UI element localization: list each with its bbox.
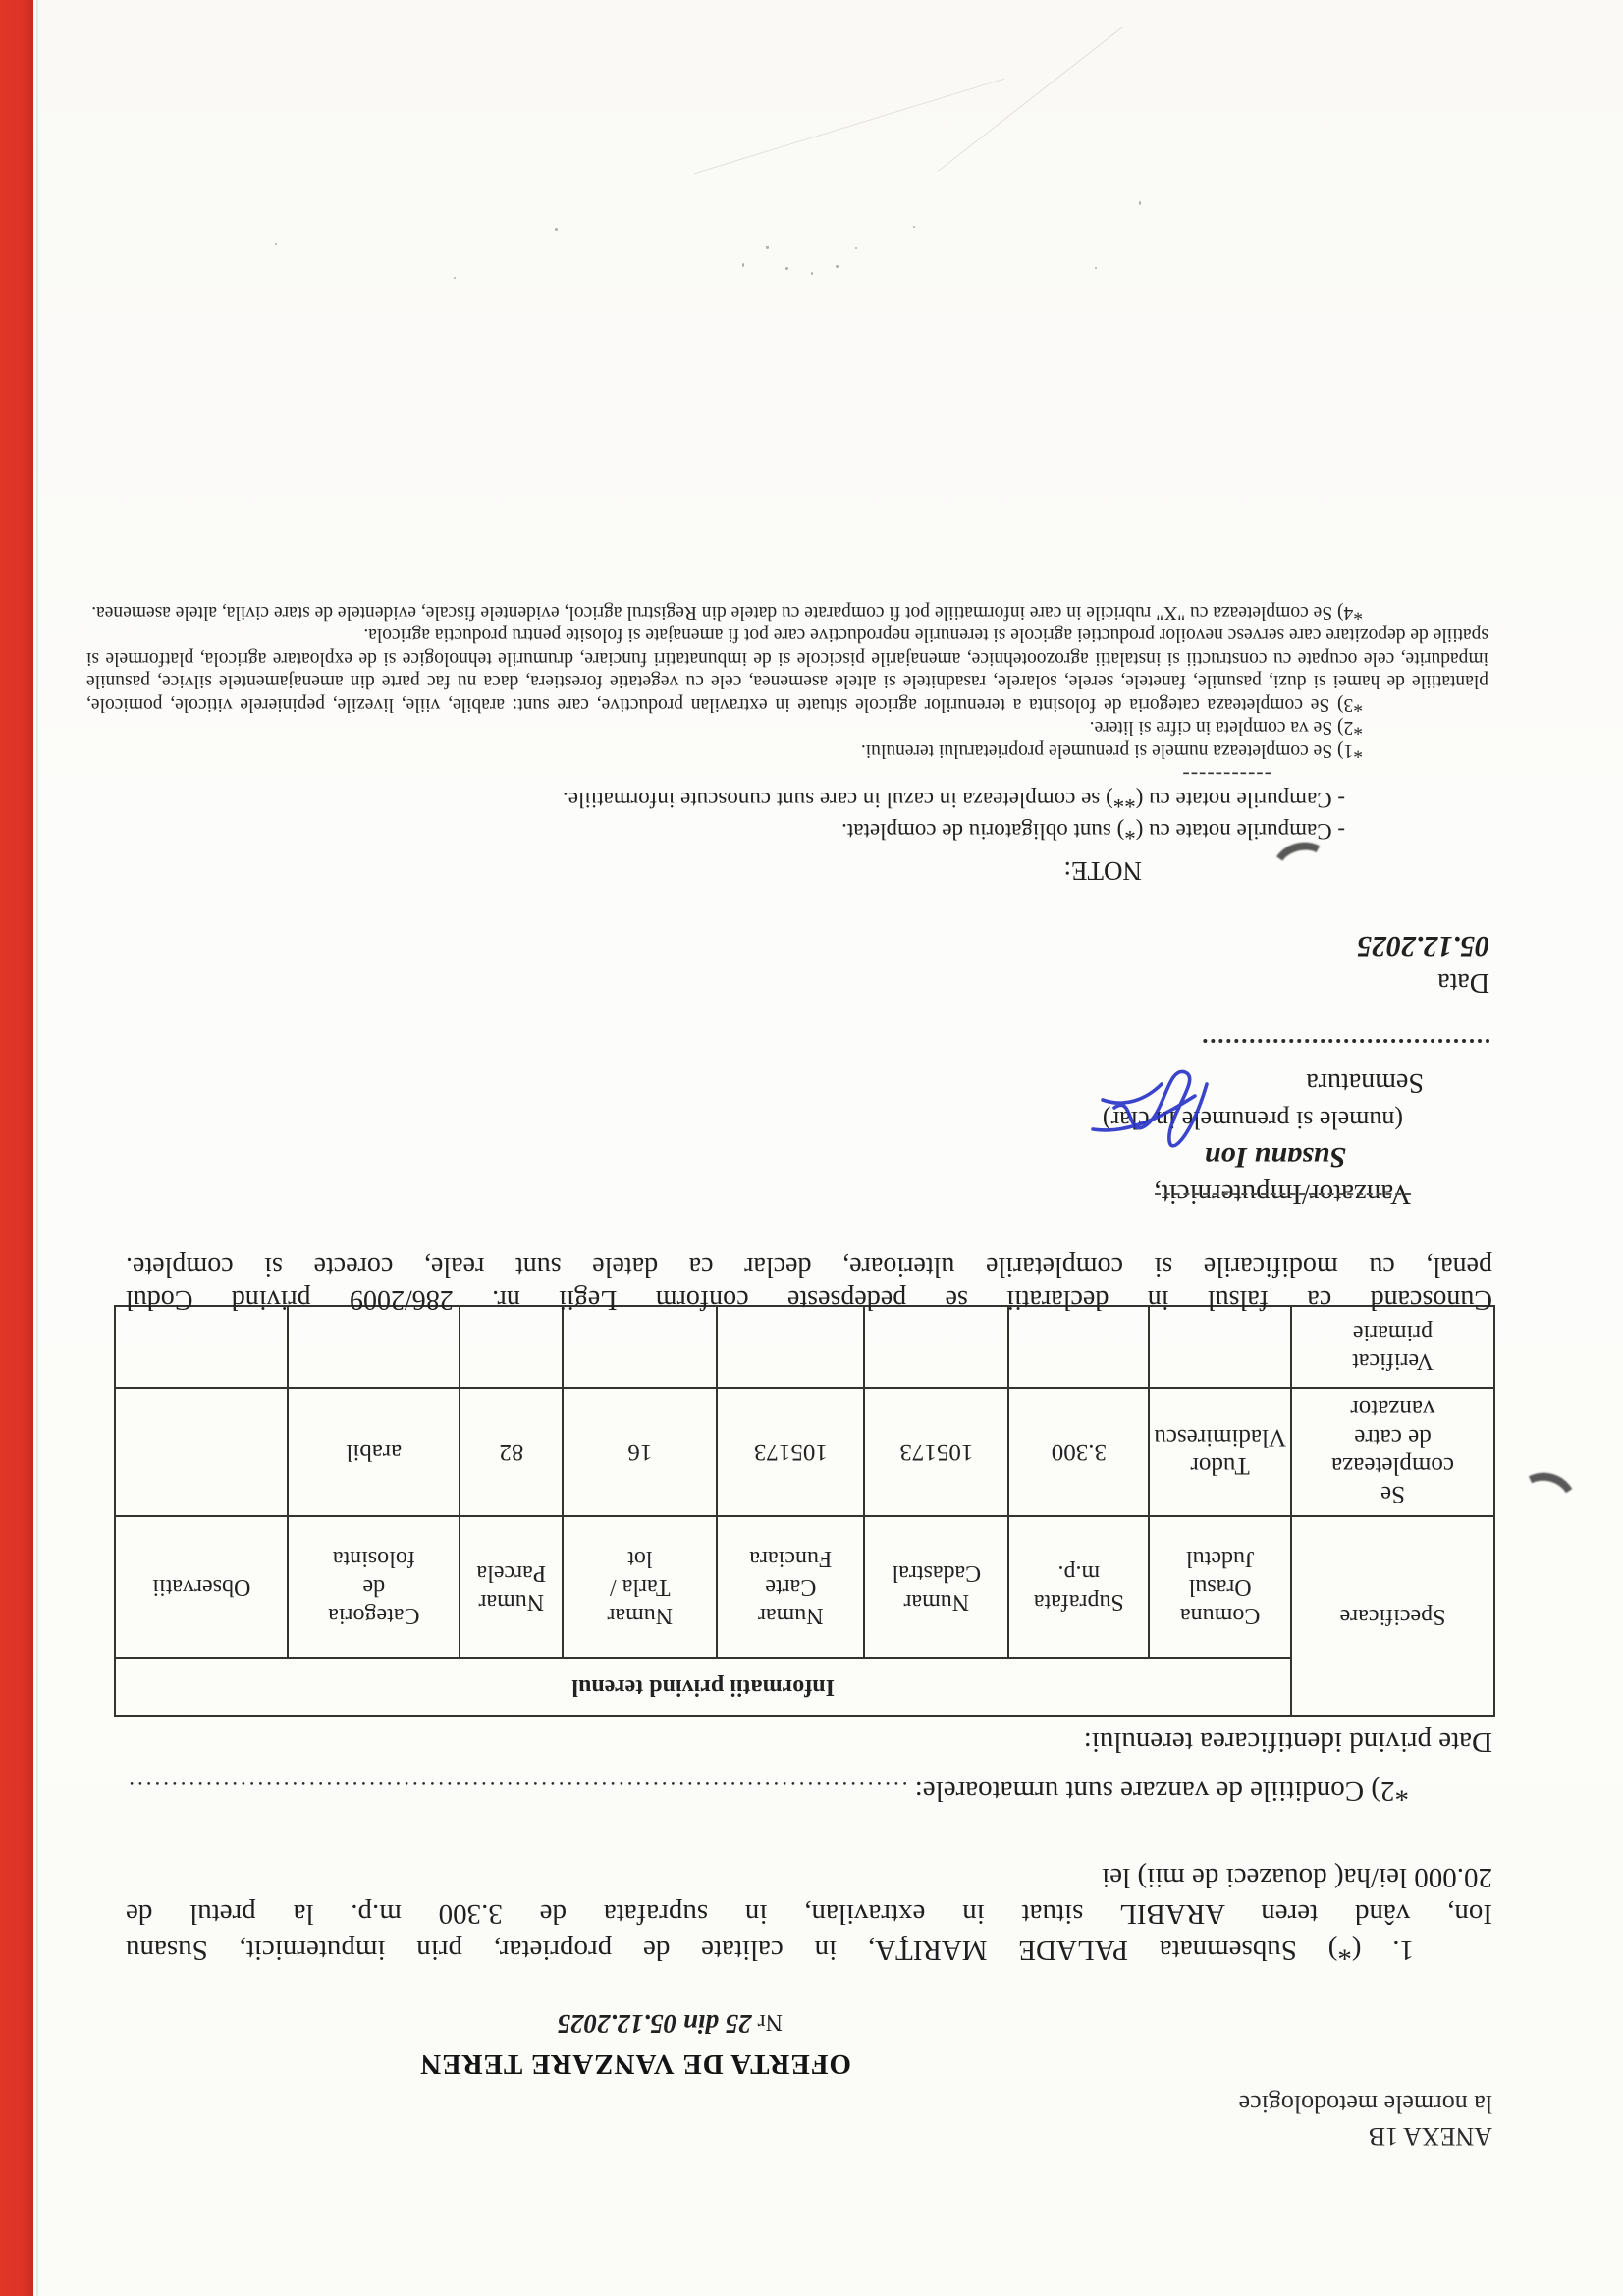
- cell-area: 3.300: [1008, 1388, 1149, 1516]
- offer-paragraph: 1. (*) Subsemnata PALADE MARIŢA, in cali…: [126, 1859, 1492, 1968]
- number-value: 25 din 05.12.2025: [558, 2009, 752, 2039]
- note-mandatory-fields: - Campurile notate cu (*) sunt obligator…: [563, 815, 1345, 847]
- cell-parcel: 82: [460, 1388, 563, 1516]
- footnote-3: *3) Se completeaza categoria de folosint…: [86, 624, 1488, 716]
- page-edge-line: [36, 0, 38, 2296]
- note-optional-fields: - Campurile notate cu (**) se completeaz…: [563, 784, 1345, 815]
- col-carte-funciara: Numar Carte Funciara: [717, 1516, 864, 1658]
- signature-dotted-line: [1203, 1039, 1489, 1063]
- verified-cell: [1008, 1306, 1149, 1388]
- annex-number: ANEXA 1B: [1239, 2120, 1492, 2153]
- number-prefix: Nr: [758, 2009, 783, 2035]
- dust-speck: [913, 226, 915, 228]
- verified-cell: [563, 1306, 717, 1388]
- table-merged-header: Informatii privind terenul: [115, 1658, 1291, 1716]
- dust-speck: [1139, 201, 1141, 205]
- col-suprafata: Suprafata m.p.: [1008, 1516, 1149, 1658]
- cell-observations: [115, 1388, 288, 1516]
- dust-speck: [855, 247, 857, 249]
- red-edge-strip: [0, 0, 33, 2296]
- dust-speck: [766, 246, 769, 249]
- dust-speck: [1095, 267, 1097, 269]
- document-title: OFERTA DE VANZARE TEREN: [419, 2048, 851, 2080]
- table-header-row: Comuna Orasul Judetul Suprafata m.p. Num…: [115, 1516, 1494, 1658]
- land-info-table: Specificare Informatii privind terenul C…: [114, 1305, 1495, 1717]
- cell-locality: Tudor Vladimirescu: [1149, 1388, 1291, 1516]
- cell-tarla: 16: [563, 1388, 717, 1516]
- dust-speck: [275, 243, 277, 245]
- table-col-specificare: Specificare: [1291, 1516, 1494, 1716]
- cell-cadastral-number: 105173: [864, 1388, 1008, 1516]
- dust-speck: [454, 277, 456, 279]
- date-value: 05.12.2025: [1357, 929, 1489, 962]
- document-number-line: Nr 25 din 05.12.2025: [558, 2008, 783, 2039]
- date-label: Data: [1437, 966, 1489, 998]
- table-row-verified: Verificat primarie: [115, 1306, 1494, 1388]
- dust-speck: [785, 267, 788, 270]
- col-observatii: Observatii: [115, 1516, 288, 1658]
- footnote-1: *1) Se completeaza numele si prenumele p…: [86, 739, 1488, 763]
- verified-row-label: Verificat primarie: [1291, 1306, 1494, 1388]
- verified-cell: [864, 1306, 1008, 1388]
- dust-speck: [811, 272, 813, 275]
- declaration-line-2: penal, cu modificarile si completarile u…: [126, 1249, 1492, 1283]
- cell-use-category: arabil: [288, 1388, 460, 1516]
- verified-cell: [1149, 1306, 1291, 1388]
- col-tarla-lot: Numar Tarla / lot: [563, 1516, 717, 1658]
- annex-subtitle: la normele metodologice: [1239, 2088, 1492, 2120]
- offer-line-3: 20.000 lei/ha( douazeci de mii) lei: [126, 1859, 1492, 1895]
- dotted-leader: ........................................…: [126, 1777, 907, 1802]
- cell-land-book-number: 105173: [717, 1388, 864, 1516]
- sale-conditions-line: *2) Conditiile de vanzare sunt urmatoare…: [126, 1775, 1492, 1807]
- verified-cell: [115, 1306, 288, 1388]
- signature-label: Semnatura: [1306, 1066, 1424, 1098]
- footnote-4: *4) Se completeaza cu "X" rubricile in c…: [86, 601, 1488, 625]
- col-numar-cadastral: Numar Cadastral: [864, 1516, 1008, 1658]
- seller-row-label: Se completeaza de catre vanzator: [1291, 1388, 1494, 1516]
- notes-separator: -----------: [1181, 762, 1271, 788]
- declaration-line-1: Cunoscand ca falsul in declaratii se ped…: [126, 1283, 1492, 1316]
- dust-speck: [742, 263, 744, 267]
- scanned-document-page: ANEXA 1B la normele metodologice OFERTA …: [0, 0, 1623, 2296]
- seller-name: Susanu Ion: [1205, 1140, 1346, 1174]
- verified-cell: [460, 1306, 563, 1388]
- annex-label: ANEXA 1B la normele metodologice: [1239, 2088, 1492, 2153]
- offer-line-1: 1. (*) Subsemnata PALADE MARIŢA, in cali…: [126, 1932, 1492, 1968]
- verified-cell: [288, 1306, 460, 1388]
- verified-cell: [717, 1306, 864, 1388]
- handwritten-signature: [1071, 1046, 1218, 1169]
- dust-speck: [555, 228, 558, 231]
- penalty-declaration: Cunoscand ca falsul in declaratii se ped…: [126, 1249, 1492, 1316]
- land-identification-heading: Date privind identificarea terenului:: [1084, 1725, 1492, 1758]
- col-categoria-folosinta: Categoria de folosinta: [288, 1516, 460, 1658]
- footnote-2: *2) Se va completa in cifre si litere.: [86, 716, 1488, 739]
- notes-list: - Campurile notate cu (*) sunt obligator…: [563, 784, 1345, 847]
- footnotes-block: *1) Se completeaza numele si prenumele p…: [86, 601, 1488, 763]
- offer-line-2: Ion, vând teren ARABIL situat in extravi…: [126, 1895, 1492, 1932]
- sale-conditions-label: *2) Conditiile de vanzare sunt urmatoare…: [915, 1776, 1492, 1807]
- col-parcela: Numar Parcela: [460, 1516, 563, 1658]
- notes-heading: NOTE:: [1064, 855, 1142, 886]
- table-row-seller: Se completeaza de catre vanzator Tudor V…: [115, 1388, 1494, 1516]
- col-comuna-orasul-judetul: Comuna Orasul Judetul: [1149, 1516, 1291, 1658]
- dust-speck: [836, 265, 839, 268]
- seller-role-label: Vanzator/Imputernicit,: [1154, 1177, 1411, 1210]
- scanned-page-background: ANEXA 1B la normele metodologice OFERTA …: [0, 0, 1623, 2296]
